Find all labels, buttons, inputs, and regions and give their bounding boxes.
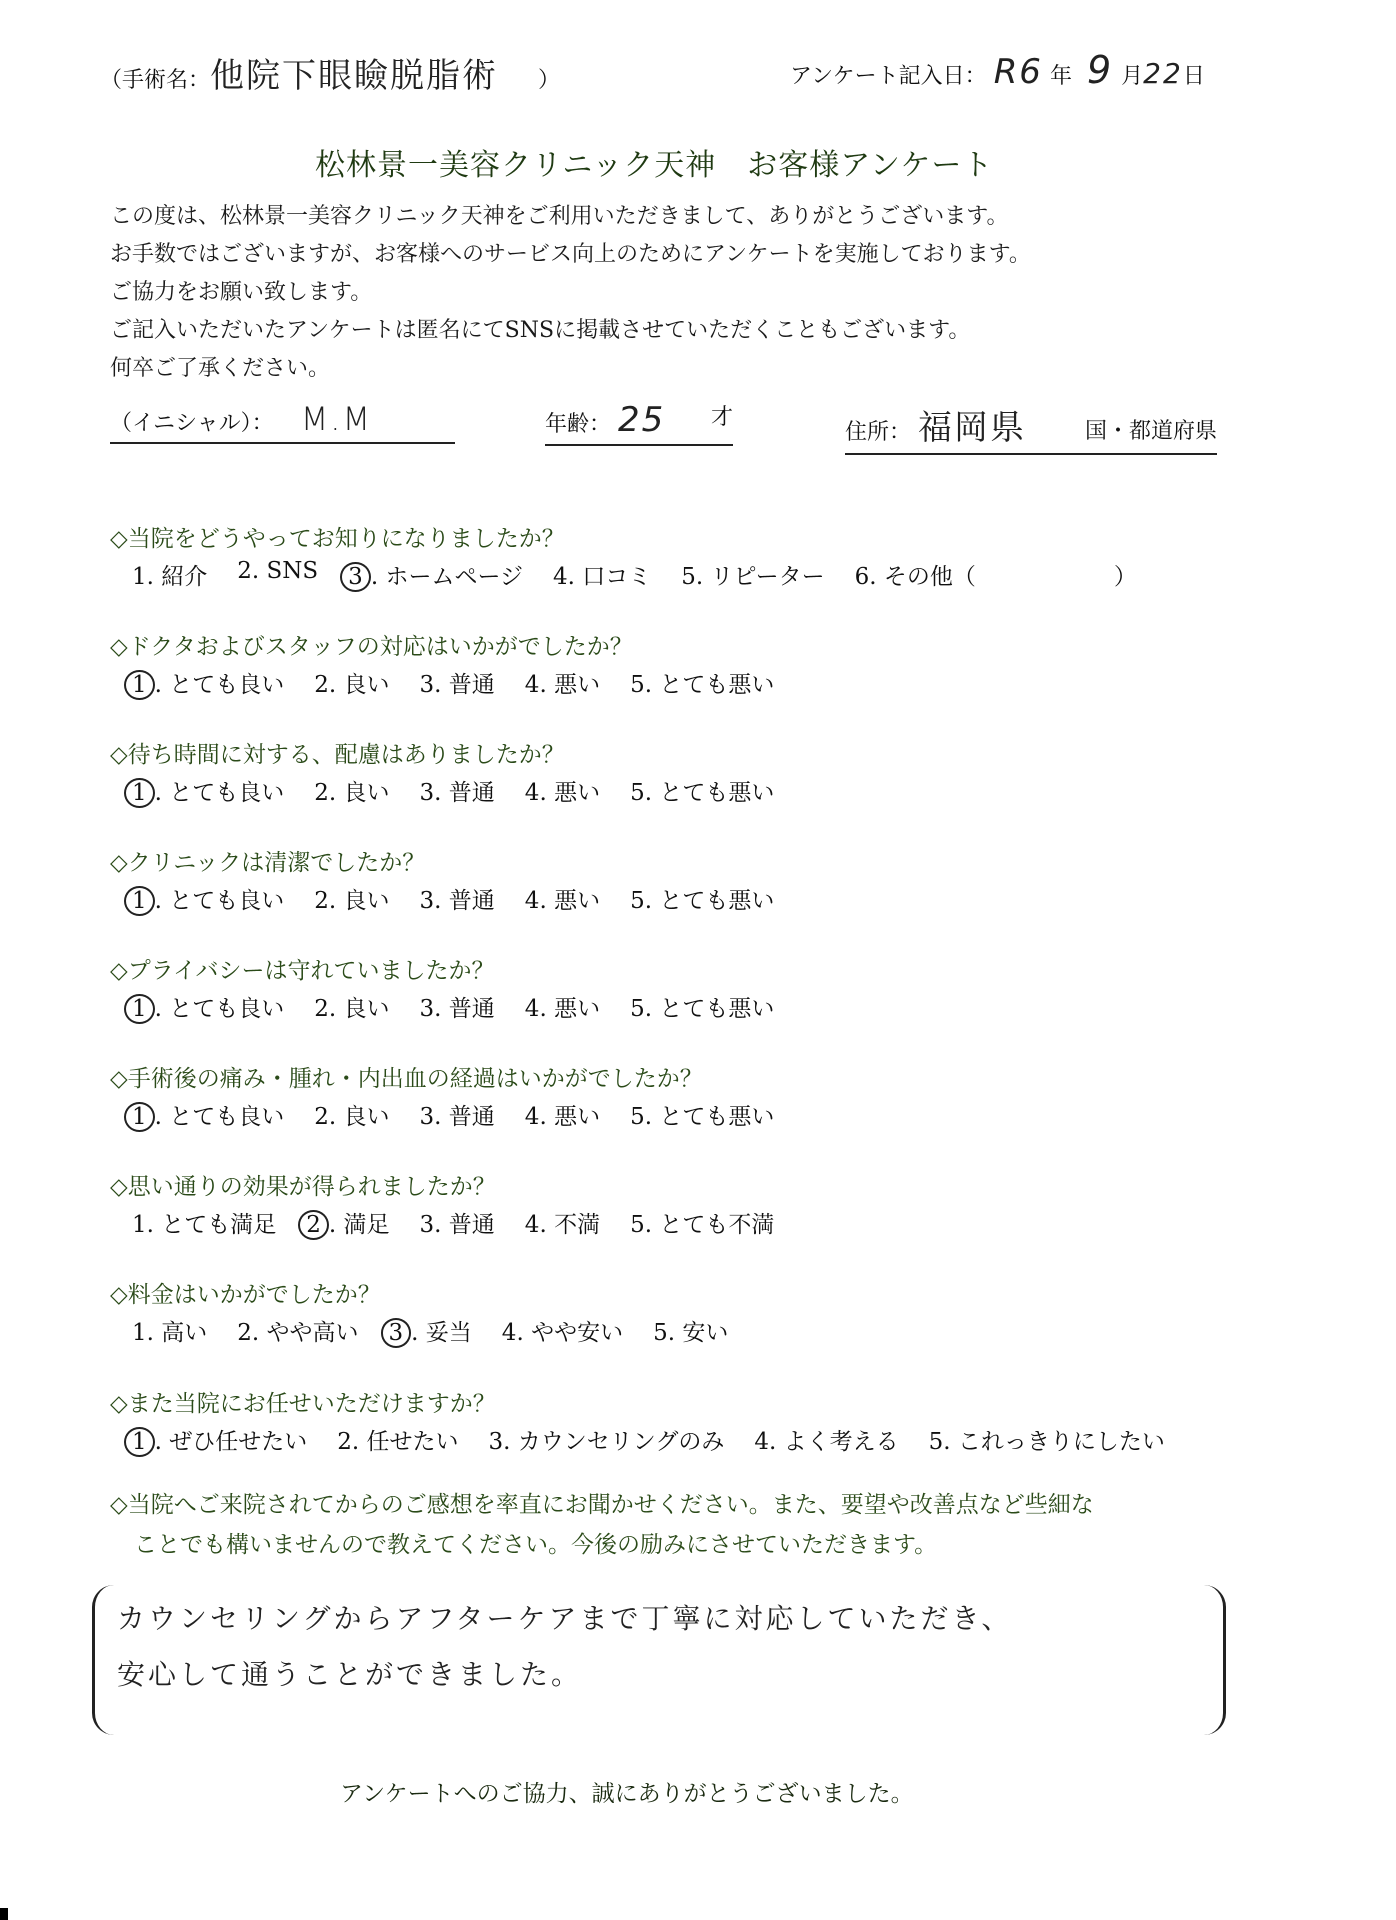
answer-options: 1. 高い2. やや高い3. 妥当4. やや安い5. 安い — [132, 1314, 758, 1347]
option-number: 1 — [124, 1102, 155, 1132]
answer-option[interactable]: 2. 良い — [314, 666, 389, 699]
question-text: ◇ドクタおよびスタッフの対応はいかがでしたか？ — [110, 628, 633, 661]
option-number: 3 — [381, 1318, 412, 1348]
answer-option[interactable]: 1. とても良い — [132, 990, 284, 1023]
option-separator: . — [411, 1320, 426, 1346]
option-label: 良い — [344, 672, 390, 698]
option-number: 1 — [124, 886, 155, 916]
option-label: 普通 — [449, 1212, 495, 1238]
option-number: 4 — [525, 1212, 540, 1238]
option-separator: . — [645, 1104, 660, 1130]
surgery-close: ） — [538, 68, 560, 93]
option-number: 4 — [754, 1429, 769, 1455]
option-number: 2 — [314, 996, 329, 1022]
question-text: ◇料金はいかがでしたか？ — [110, 1276, 381, 1309]
option-label: 悪い — [554, 1104, 600, 1130]
page-title: 松林景一美容クリニック天神 お客様アンケート — [315, 140, 993, 184]
answer-option[interactable]: 5. とても悪い — [630, 882, 774, 915]
answer-option[interactable]: 1. とても満足 — [132, 1206, 276, 1239]
answer-option[interactable]: 1. とても良い — [132, 666, 284, 699]
option-separator: . — [516, 1320, 531, 1346]
date-year[interactable]: R6 — [994, 52, 1043, 92]
option-label: 満足 — [344, 1212, 390, 1238]
option-separator: . — [503, 1429, 518, 1455]
question-text: ◇当院をどうやってお知りになりましたか？ — [110, 520, 565, 553]
answer-option[interactable]: 4. 悪い — [525, 882, 600, 915]
initial-field[interactable]: （イニシャル）： M.M — [110, 400, 455, 444]
option-label: やや安い — [531, 1320, 623, 1346]
option-separator: . — [329, 1212, 344, 1238]
option-number: 5 — [630, 1212, 645, 1238]
age-field[interactable]: 年齢： 25 才 — [545, 400, 733, 446]
intro-line: お手数ではございますが、お客様へのサービス向上のためにアンケートを実施しておりま… — [110, 236, 1031, 274]
option-number: 4 — [525, 888, 540, 914]
feedback-prompt: ◇当院へご来院されてからのご感想を率直にお聞かせください。また、要望や改善点など… — [110, 1485, 1094, 1565]
option-separator: . — [434, 780, 449, 806]
option-label: とても良い — [169, 888, 284, 914]
option-separator: . — [434, 1104, 449, 1130]
answer-options: 1. とても満足2. 満足3. 普通4. 不満5. とても不満 — [132, 1206, 804, 1239]
answer-option[interactable]: 3. カウンセリングのみ — [489, 1423, 725, 1456]
answer-option[interactable]: 2. 良い — [314, 990, 389, 1023]
option-number: 3 — [489, 1429, 504, 1455]
option-label: その他（ ） — [884, 564, 1137, 590]
option-label: 普通 — [449, 1104, 495, 1130]
answer-option[interactable]: 6. その他（ ） — [855, 558, 1137, 591]
option-number: 5 — [630, 780, 645, 806]
answer-option[interactable]: 2. やや高い — [237, 1314, 358, 1347]
option-separator: . — [434, 996, 449, 1022]
option-separator: . — [329, 672, 344, 698]
answer-options: 1. ぜひ任せたい2. 任せたい3. カウンセリングのみ4. よく考える5. こ… — [132, 1423, 1195, 1456]
intro-text: この度は、松林景一美容クリニック天神をご利用いただきまして、ありがとうございます… — [110, 198, 1031, 388]
option-label: とても良い — [169, 780, 284, 806]
option-separator: . — [329, 996, 344, 1022]
option-separator: . — [539, 672, 554, 698]
option-label: 良い — [344, 780, 390, 806]
option-label: とても悪い — [659, 888, 774, 914]
option-separator: . — [252, 558, 267, 584]
option-separator: . — [539, 780, 554, 806]
answer-option[interactable]: 5. とても悪い — [630, 774, 774, 807]
option-label: とても良い — [169, 1104, 284, 1130]
answer-option[interactable]: 3. ホームページ — [348, 558, 523, 591]
age-value[interactable]: 25 — [618, 400, 665, 440]
option-number: 2 — [314, 888, 329, 914]
option-number: 3 — [420, 1212, 435, 1238]
option-separator: . — [696, 564, 711, 590]
answer-options: 1. 紹介2. SNS3. ホームページ4. 口コミ5. リピーター6. その他… — [132, 558, 1167, 591]
date-label: アンケート記入日： — [790, 64, 987, 89]
answer-option[interactable]: 3. 普通 — [420, 666, 495, 699]
option-number: 2 — [237, 1320, 252, 1346]
option-separator: . — [645, 1212, 660, 1238]
option-separator: . — [371, 564, 386, 590]
option-label: 口コミ — [582, 564, 651, 590]
option-label: カウンセリングのみ — [518, 1429, 725, 1455]
question-text: ◇思い通りの効果が得られましたか？ — [110, 1168, 496, 1201]
option-number: 1 — [124, 994, 155, 1024]
option-number: 2 — [298, 1210, 329, 1240]
surgery-value[interactable]: 他院下眼瞼脱脂術 — [210, 56, 498, 96]
scan-corner-mark — [0, 1908, 8, 1920]
option-number: 5 — [630, 672, 645, 698]
feedback-answer-line: カウンセリングからアフターケアまで丁寧に対応していただき、 — [117, 1597, 1012, 1637]
day-suffix: 日 — [1183, 64, 1205, 89]
option-separator: . — [155, 996, 170, 1022]
surgery-label: （手術名： — [100, 68, 210, 93]
option-label: とても悪い — [659, 996, 774, 1022]
year-suffix: 年 — [1050, 64, 1072, 89]
option-separator: . — [155, 1429, 170, 1455]
option-label: ホームページ — [385, 564, 523, 590]
answer-option[interactable]: 5. とても悪い — [630, 666, 774, 699]
option-number: 4 — [525, 1104, 540, 1130]
answer-option[interactable]: 1. ぜひ任せたい — [132, 1423, 307, 1456]
option-label: 普通 — [449, 996, 495, 1022]
answer-option[interactable]: 4. 悪い — [525, 1098, 600, 1131]
answer-option[interactable]: 3. 普通 — [420, 882, 495, 915]
option-number: 3 — [340, 562, 371, 592]
option-label: 普通 — [449, 780, 495, 806]
option-number: 5 — [630, 1104, 645, 1130]
option-label: とても悪い — [659, 780, 774, 806]
option-label: これっきりにしたい — [958, 1429, 1165, 1455]
answer-option[interactable]: 2. 良い — [314, 774, 389, 807]
option-separator: . — [434, 888, 449, 914]
option-number: 4 — [525, 996, 540, 1022]
answer-option[interactable]: 4. 悪い — [525, 774, 600, 807]
answer-option[interactable]: 4. 悪い — [525, 666, 600, 699]
option-label: とても良い — [169, 996, 284, 1022]
option-separator: . — [434, 672, 449, 698]
option-separator: . — [568, 564, 583, 590]
option-label: とても不満 — [659, 1212, 774, 1238]
option-label: リピーター — [711, 564, 825, 590]
answer-option[interactable]: 5. とても悪い — [630, 990, 774, 1023]
survey-date-field: アンケート記入日： R6 年 9月22日 — [790, 48, 1205, 92]
answer-option[interactable]: 1. とても良い — [132, 1098, 284, 1131]
option-separator: . — [155, 888, 170, 914]
intro-line: ご協力をお願い致します。 — [110, 274, 1031, 312]
option-label: 良い — [344, 996, 390, 1022]
option-label: 不満 — [554, 1212, 600, 1238]
question-text: ◇手術後の痛み・腫れ・内出血の経過はいかがでしたか？ — [110, 1060, 703, 1093]
option-separator: . — [147, 1212, 162, 1238]
feedback-prompt-line: ことでも構いませんので教えてください。今後の励みにさせていただきます。 — [110, 1525, 1094, 1565]
option-number: 1 — [132, 1320, 147, 1346]
answer-option[interactable]: 5. とても不満 — [630, 1206, 774, 1239]
initial-label: （イニシャル）： — [110, 411, 274, 436]
option-separator: . — [252, 1320, 267, 1346]
option-separator: . — [539, 1104, 554, 1130]
option-label: よく考える — [784, 1429, 899, 1455]
answer-option[interactable]: 2. 良い — [314, 882, 389, 915]
answer-option[interactable]: 5. リピーター — [681, 558, 824, 591]
intro-line: 何卒ご了承ください。 — [110, 350, 1031, 388]
option-label: 悪い — [554, 672, 600, 698]
option-label: 悪い — [554, 780, 600, 806]
option-number: 3 — [420, 780, 435, 806]
answer-option[interactable]: 5. これっきりにしたい — [929, 1423, 1165, 1456]
answer-option[interactable]: 3. 普通 — [420, 1206, 495, 1239]
answer-option[interactable]: 1. とても良い — [132, 882, 284, 915]
option-number: 3 — [420, 1104, 435, 1130]
initial-value[interactable]: M.M — [301, 400, 372, 438]
option-separator: . — [645, 888, 660, 914]
option-number: 2 — [314, 1104, 329, 1130]
question-text: ◇また当院にお任せいただけますか？ — [110, 1385, 496, 1418]
option-label: 妥当 — [426, 1320, 472, 1346]
answer-option[interactable]: 5. 安い — [653, 1314, 728, 1347]
option-number: 4 — [502, 1320, 517, 1346]
option-label: とても満足 — [161, 1212, 276, 1238]
option-separator: . — [155, 1104, 170, 1130]
answer-options: 1. とても良い2. 良い3. 普通4. 悪い5. とても悪い — [132, 990, 804, 1023]
option-separator: . — [539, 1212, 554, 1238]
option-label: 悪い — [554, 996, 600, 1022]
answer-option[interactable]: 3. 普通 — [420, 774, 495, 807]
option-number: 1 — [132, 1212, 147, 1238]
option-separator: . — [645, 672, 660, 698]
answer-option[interactable]: 3. 普通 — [420, 1098, 495, 1131]
answer-option[interactable]: 1. 高い — [132, 1314, 207, 1347]
option-separator: . — [155, 780, 170, 806]
feedback-prompt-line: ◇当院へご来院されてからのご感想を率直にお聞かせください。また、要望や改善点など… — [110, 1485, 1094, 1525]
option-separator: . — [352, 1429, 367, 1455]
option-separator: . — [155, 672, 170, 698]
answer-option[interactable]: 5. とても悪い — [630, 1098, 774, 1131]
option-number: 4 — [525, 780, 540, 806]
option-separator: . — [329, 780, 344, 806]
option-label: やや高い — [267, 1320, 359, 1346]
answer-option[interactable]: 4. 口コミ — [553, 558, 651, 591]
option-label: 普通 — [449, 672, 495, 698]
option-label: とても良い — [169, 672, 284, 698]
age-label: 年齢： — [545, 412, 611, 437]
option-number: 4 — [553, 564, 568, 590]
option-label: 任せたい — [367, 1429, 459, 1455]
answer-options: 1. とても良い2. 良い3. 普通4. 悪い5. とても悪い — [132, 1098, 804, 1131]
address-label: 住所： — [845, 420, 911, 445]
answer-options: 1. とても良い2. 良い3. 普通4. 悪い5. とても悪い — [132, 666, 804, 699]
option-number: 3 — [420, 672, 435, 698]
age-suffix: 才 — [711, 400, 733, 431]
date-day[interactable]: 22 — [1143, 57, 1183, 90]
answer-options: 1. とても良い2. 良い3. 普通4. 悪い5. とても悪い — [132, 774, 804, 807]
answer-option[interactable]: 1. 紹介 — [132, 558, 207, 591]
option-number: 5 — [929, 1429, 944, 1455]
option-separator: . — [147, 1320, 162, 1346]
surgery-name-field: （手術名：他院下眼瞼脱脂術） — [100, 48, 560, 97]
option-label: 良い — [344, 1104, 390, 1130]
date-month[interactable]: 9 — [1087, 48, 1113, 92]
answer-options: 1. とても良い2. 良い3. 普通4. 悪い5. とても悪い — [132, 882, 804, 915]
feedback-answer-line: 安心して通うことができました。 — [117, 1653, 582, 1693]
answer-option[interactable]: 2. 満足 — [306, 1206, 389, 1239]
answer-option[interactable]: 4. 不満 — [525, 1206, 600, 1239]
option-number: 5 — [630, 888, 645, 914]
thank-you-footer: アンケートへのご協力、誠にありがとうございました。 — [340, 1775, 914, 1808]
answer-option[interactable]: 4. 悪い — [525, 990, 600, 1023]
option-separator: . — [668, 1320, 683, 1346]
option-number: 5 — [681, 564, 696, 590]
question-text: ◇クリニックは清潔でしたか？ — [110, 844, 425, 877]
option-separator: . — [645, 996, 660, 1022]
address-value[interactable]: 福岡県 — [918, 408, 1026, 448]
answer-option[interactable]: 3. 妥当 — [389, 1314, 472, 1347]
option-number: 2 — [337, 1429, 352, 1455]
answer-option[interactable]: 1. とても良い — [132, 774, 284, 807]
option-separator: . — [943, 1429, 958, 1455]
option-number: 5 — [653, 1320, 668, 1346]
option-label: 良い — [344, 888, 390, 914]
option-separator: . — [869, 564, 884, 590]
option-label: とても悪い — [659, 672, 774, 698]
option-separator: . — [539, 996, 554, 1022]
intro-line: ご記入いただいたアンケートは匿名にてSNSに掲載させていただくこともございます。 — [110, 312, 1031, 350]
option-number: 1 — [124, 1427, 155, 1457]
option-number: 3 — [420, 888, 435, 914]
answer-option[interactable]: 2. 良い — [314, 1098, 389, 1131]
option-number: 1 — [132, 564, 147, 590]
option-number: 2 — [237, 558, 252, 584]
option-label: とても悪い — [659, 1104, 774, 1130]
option-number: 1 — [124, 670, 155, 700]
option-number: 2 — [314, 780, 329, 806]
option-label: 高い — [161, 1320, 207, 1346]
option-separator: . — [434, 1212, 449, 1238]
option-number: 5 — [630, 996, 645, 1022]
option-separator: . — [769, 1429, 784, 1455]
month-suffix: 月 — [1121, 64, 1143, 89]
option-label: ぜひ任せたい — [169, 1429, 307, 1455]
address-field[interactable]: 住所： 福岡県 国・都道府県 — [845, 400, 1217, 455]
option-separator: . — [645, 780, 660, 806]
option-number: 3 — [420, 996, 435, 1022]
option-number: 1 — [124, 778, 155, 808]
answer-option[interactable]: 4. よく考える — [754, 1423, 898, 1456]
option-separator: . — [329, 888, 344, 914]
option-separator: . — [147, 564, 162, 590]
option-label: 紹介 — [161, 564, 207, 590]
option-label: 普通 — [449, 888, 495, 914]
option-label: 安い — [682, 1320, 728, 1346]
option-number: 6 — [855, 564, 870, 590]
option-number: 2 — [314, 672, 329, 698]
answer-option[interactable]: 2. SNS — [237, 558, 318, 591]
option-label: 悪い — [554, 888, 600, 914]
option-separator: . — [329, 1104, 344, 1130]
feedback-answer-box[interactable]: カウンセリングからアフターケアまで丁寧に対応していただき、 安心して通うことがで… — [92, 1585, 1226, 1735]
option-separator: . — [539, 888, 554, 914]
answer-option[interactable]: 2. 任せたい — [337, 1423, 458, 1456]
question-text: ◇プライバシーは守れていましたか？ — [110, 952, 495, 985]
answer-option[interactable]: 4. やや安い — [502, 1314, 623, 1347]
option-label: SNS — [267, 558, 319, 584]
answer-option[interactable]: 3. 普通 — [420, 990, 495, 1023]
intro-line: この度は、松林景一美容クリニック天神をご利用いただきまして、ありがとうございます… — [110, 198, 1031, 236]
option-number: 4 — [525, 672, 540, 698]
question-text: ◇待ち時間に対する、配慮はありましたか？ — [110, 736, 565, 769]
address-suffix: 国・都道府県 — [1085, 414, 1217, 445]
